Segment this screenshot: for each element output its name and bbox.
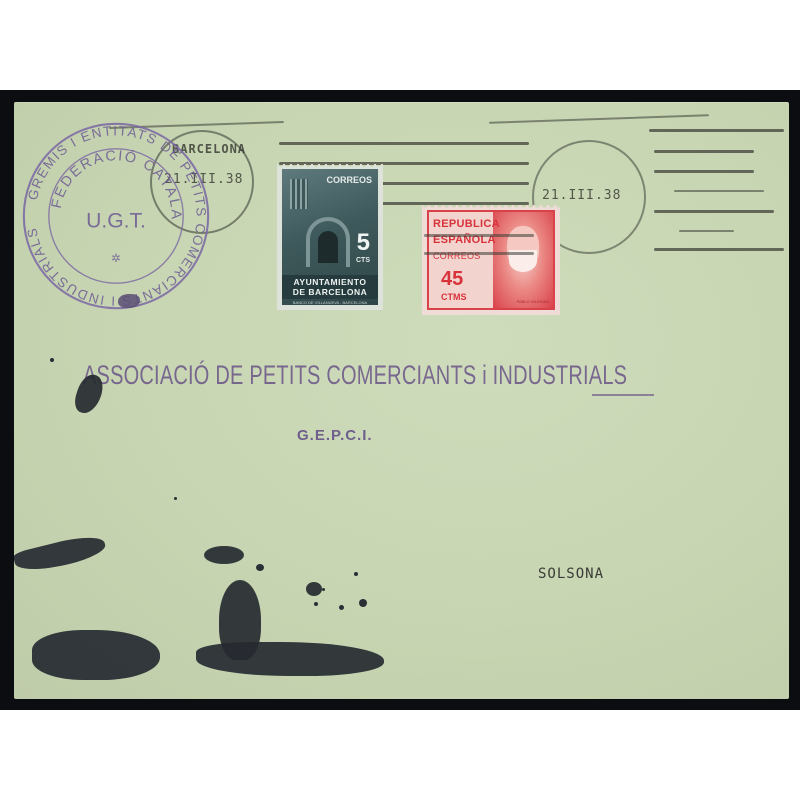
ink-blot — [32, 630, 160, 680]
stamp-imprint: BANCO DE VILLANUEVA - BARCELONA — [282, 300, 378, 305]
portrait-name: PABLO IGLESIAS — [517, 299, 549, 304]
sender-name: ASSOCIACIÓ DE PETITS COMERCIANTS i INDUS… — [83, 360, 627, 391]
postmark-date-right: 21.III.38 — [542, 188, 621, 203]
cancel-line — [674, 190, 764, 192]
ink-speck — [339, 605, 344, 610]
ink-blot — [306, 582, 322, 596]
cancel-line — [654, 210, 774, 213]
sender-underline — [592, 394, 654, 396]
ugt-handstamp: GREMIS I ENTITATS DE PETITS COMERCIANTS … — [20, 120, 212, 312]
cancel-line — [649, 129, 784, 132]
stamp-window-icon — [290, 179, 308, 209]
stamp-door-icon — [318, 231, 338, 263]
stamp-banner: AYUNTAMIENTO DE BARCELONA — [282, 275, 378, 299]
top-edge — [14, 102, 789, 103]
svg-text:✲: ✲ — [111, 253, 121, 265]
stamp-unit: CTMS — [441, 292, 467, 302]
cancel-line — [489, 114, 709, 124]
cancel-line — [654, 248, 784, 251]
sender-acronym: G.E.P.C.I. — [297, 427, 373, 444]
stamp-unit: CTS — [356, 257, 370, 264]
ink-speck — [314, 602, 318, 606]
stamp-value: 5 — [357, 229, 370, 257]
ink-blot — [14, 531, 108, 577]
stamp-banner-line1: AYUNTAMIENTO — [282, 277, 378, 287]
cancel-line — [424, 234, 534, 237]
ink-blot — [204, 546, 244, 564]
cancel-line — [679, 230, 734, 232]
cancel-line — [279, 142, 529, 145]
stamp-value: 45 — [441, 268, 463, 291]
stamp-republica-espanola: PABLO IGLESIAS REPUBLICA ESPAÑOLA CORREO… — [422, 205, 560, 315]
stamp-banner-line2: DE BARCELONA — [282, 287, 378, 297]
stamp-portrait: PABLO IGLESIAS — [493, 212, 553, 308]
ink-speck — [50, 358, 54, 362]
handstamp-seal-icon: GREMIS I ENTITATS DE PETITS COMERCIANTS … — [20, 120, 212, 312]
ink-speck — [354, 572, 358, 576]
cancel-line — [654, 150, 754, 153]
cancel-line — [424, 252, 534, 255]
ink-speck — [322, 588, 325, 591]
stamp-ayuntamiento-barcelona: CORREOS 5 CTS AYUNTAMIENTO DE BARCELONA … — [277, 164, 383, 310]
svg-text:U.G.T.: U.G.T. — [86, 210, 146, 233]
ink-speck — [174, 497, 177, 500]
destination-address: SOLSONA — [538, 566, 604, 582]
ink-speck — [359, 599, 367, 607]
envelope: BARCELONA 21.III.38 21.III.38 GREMIS I E… — [14, 102, 789, 699]
cancel-line — [654, 170, 754, 173]
ink-blot — [118, 294, 140, 308]
stamp-line1: REPUBLICA — [433, 218, 500, 230]
ink-blot — [196, 642, 384, 676]
stamp-correos-label: CORREOS — [326, 175, 372, 185]
ink-speck — [256, 564, 264, 571]
